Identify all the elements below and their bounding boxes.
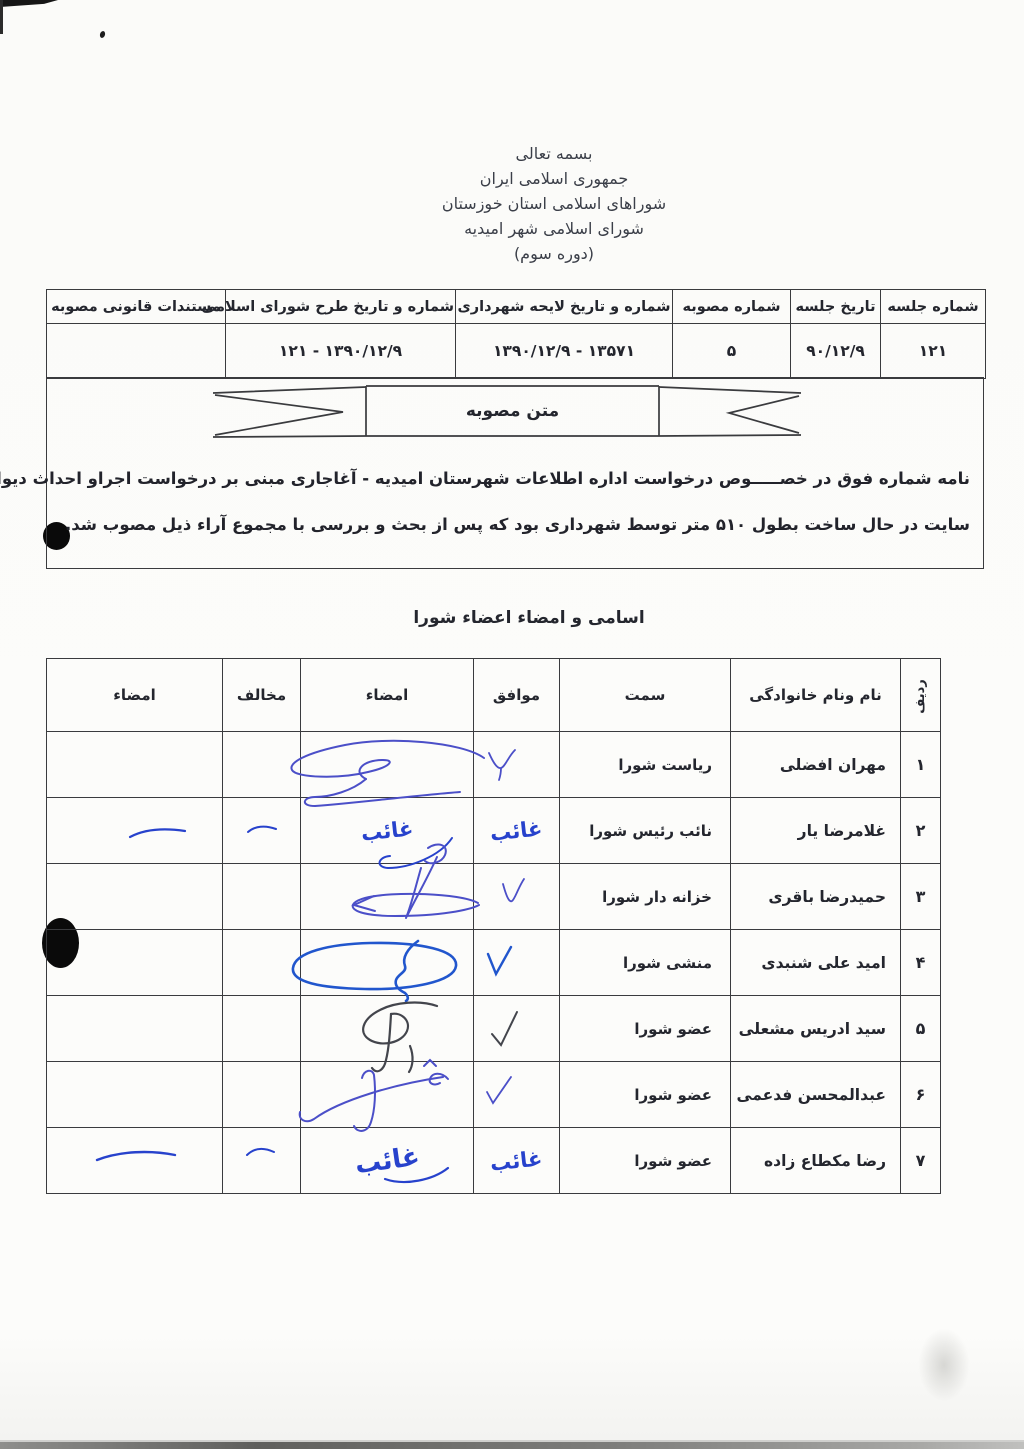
member-no: ۶ (901, 1062, 941, 1128)
agree-cell (474, 996, 560, 1062)
letterhead-line: شوراهای اسلامی استان خوزستان (84, 191, 1024, 216)
signature-cell (301, 732, 474, 798)
member-name: غلامرضا یار (731, 798, 901, 864)
info-col-session-date: تاریخ جلسه (791, 290, 881, 324)
agree-cell (474, 864, 560, 930)
opposed-cell (223, 1062, 301, 1128)
scan-edge-top-left (0, 0, 58, 7)
absent-note: غائب (353, 1141, 421, 1180)
info-col-legal-docs: مستندات قانونی مصوبه (47, 290, 226, 324)
member-row: ۶ عبدالمحسن فدعمی عضو شورا (47, 1062, 941, 1128)
scan-edge-bottom (0, 1440, 1024, 1449)
info-header-row: شماره جلسه تاریخ جلسه شماره مصوبه شماره … (47, 290, 986, 324)
member-no: ۴ (901, 930, 941, 996)
member-role: ریاست شورا (560, 732, 731, 798)
info-col-plan-no-date: شماره و تاریخ طرح شورای اسلامی (226, 290, 456, 324)
info-col-bill-no-date: شماره و تاریخ لایحه شهرداری (456, 290, 673, 324)
member-row: ۱ مهران افضلی ریاست شورا (47, 732, 941, 798)
info-value-row: ۱۲۱ ۹۰/۱۲/۹ ۵ ۱۳۹۰/۱۲/۹ - ۱۳۵۷۱ ۱۲۱ - ۱۳… (47, 324, 986, 379)
signature-cell: غائب (301, 1128, 474, 1194)
resolution-text: نامه شماره فوق در خصـــــوص درخواست ادار… (58, 456, 970, 548)
signature-cell (301, 1062, 474, 1128)
member-role: خزانه دار شورا (560, 864, 731, 930)
info-value-legal-docs (47, 324, 226, 379)
info-col-session-no: شماره جلسه (881, 290, 986, 324)
col-signature: امضاء (301, 659, 474, 732)
resolution-text-line: سایت در حال ساخت بطول ۵۱۰ متر توسط شهردا… (58, 502, 970, 548)
col-full-name: نام ونام خانوادگی (731, 659, 901, 732)
signature2-cell (47, 930, 223, 996)
signature2-cell (47, 1128, 223, 1194)
opposed-cell (223, 798, 301, 864)
scan-smudge (918, 1328, 970, 1402)
signature2-cell (47, 732, 223, 798)
col-row-no: ردیف (901, 659, 941, 732)
member-row: ۷ رضا مکطاع زاده عضو شورا غائب غائب (47, 1128, 941, 1194)
opposed-cell (223, 996, 301, 1062)
signature-cell: غائب (301, 798, 474, 864)
scanned-document-page: بسمه تعالی جمهوری اسلامی ایران شوراهای ا… (0, 0, 1024, 1449)
info-value-session-date: ۹۰/۱۲/۹ (791, 324, 881, 379)
opposed-cell (223, 1128, 301, 1194)
signature2-cell (47, 798, 223, 864)
member-no: ۳ (901, 864, 941, 930)
member-row: ۲ غلامرضا یار نائب رئیس شورا غائب غائب (47, 798, 941, 864)
info-value-session-no: ۱۲۱ (881, 324, 986, 379)
ink-speck (99, 30, 106, 38)
signature2-cell (47, 1062, 223, 1128)
agree-cell: غائب (474, 1128, 560, 1194)
info-value-resolution-no: ۵ (673, 324, 791, 379)
col-row-no-label: ردیف (913, 679, 928, 714)
member-row: ۵ سید ادریس مشعلی عضو شورا (47, 996, 941, 1062)
resolution-title-ribbon: متن مصوبه (213, 384, 801, 439)
col-position: سمت (560, 659, 731, 732)
opposed-cell (223, 930, 301, 996)
absent-note: غائب (489, 816, 544, 845)
opposed-cell (223, 864, 301, 930)
agree-cell: غائب (474, 798, 560, 864)
signature-cell (301, 996, 474, 1062)
member-name: امید علی شنبدی (731, 930, 901, 996)
signature-cell (301, 930, 474, 996)
member-row: ۳ حمیدرضا باقری خزانه دار شورا (47, 864, 941, 930)
col-agree: موافق (474, 659, 560, 732)
member-name: سید ادریس مشعلی (731, 996, 901, 1062)
info-value-bill-no-date: ۱۳۹۰/۱۲/۹ - ۱۳۵۷۱ (456, 324, 673, 379)
member-no: ۷ (901, 1128, 941, 1194)
member-name: رضا مکطاع زاده (731, 1128, 901, 1194)
signature2-cell (47, 996, 223, 1062)
col-signature-2: امضاء (47, 659, 223, 732)
opposed-cell (223, 732, 301, 798)
absent-note: غائب (360, 816, 415, 845)
agree-cell (474, 1062, 560, 1128)
member-no: ۲ (901, 798, 941, 864)
signatures-title: اسامی و امضاء اعضاء شورا (84, 608, 974, 628)
resolution-info-table: شماره جلسه تاریخ جلسه شماره مصوبه شماره … (46, 289, 986, 379)
signature2-cell (47, 864, 223, 930)
member-role: عضو شورا (560, 1062, 731, 1128)
member-role: عضو شورا (560, 1128, 731, 1194)
absent-note: غائب (489, 1146, 544, 1175)
document-letterhead: بسمه تعالی جمهوری اسلامی ایران شوراهای ا… (84, 141, 1024, 266)
member-no: ۵ (901, 996, 941, 1062)
members-header-row: ردیف نام ونام خانوادگی سمت موافق امضاء م… (47, 659, 941, 732)
agree-cell (474, 930, 560, 996)
info-col-resolution-no: شماره مصوبه (673, 290, 791, 324)
scan-edge-left (0, 0, 3, 34)
ribbon-label: متن مصوبه (366, 386, 659, 436)
member-no: ۱ (901, 732, 941, 798)
member-role: منشی شورا (560, 930, 731, 996)
member-role: نائب رئیس شورا (560, 798, 731, 864)
member-name: عبدالمحسن فدعمی (731, 1062, 901, 1128)
letterhead-line: (دوره سوم) (84, 241, 1024, 266)
letterhead-line: بسمه تعالی (84, 141, 1024, 166)
members-table: ردیف نام ونام خانوادگی سمت موافق امضاء م… (46, 658, 941, 1194)
col-opposed: مخالف (223, 659, 301, 732)
member-name: مهران افضلی (731, 732, 901, 798)
letterhead-line: شورای اسلامی شهر امیدیه (84, 216, 1024, 241)
member-name: حمیدرضا باقری (731, 864, 901, 930)
info-value-plan-no-date: ۱۲۱ - ۱۳۹۰/۱۲/۹ (226, 324, 456, 379)
member-role: عضو شورا (560, 996, 731, 1062)
signature-cell (301, 864, 474, 930)
resolution-text-line: نامه شماره فوق در خصـــــوص درخواست ادار… (58, 456, 970, 502)
letterhead-line: جمهوری اسلامی ایران (84, 166, 1024, 191)
agree-cell (474, 732, 560, 798)
member-row: ۴ امید علی شنبدی منشی شورا (47, 930, 941, 996)
